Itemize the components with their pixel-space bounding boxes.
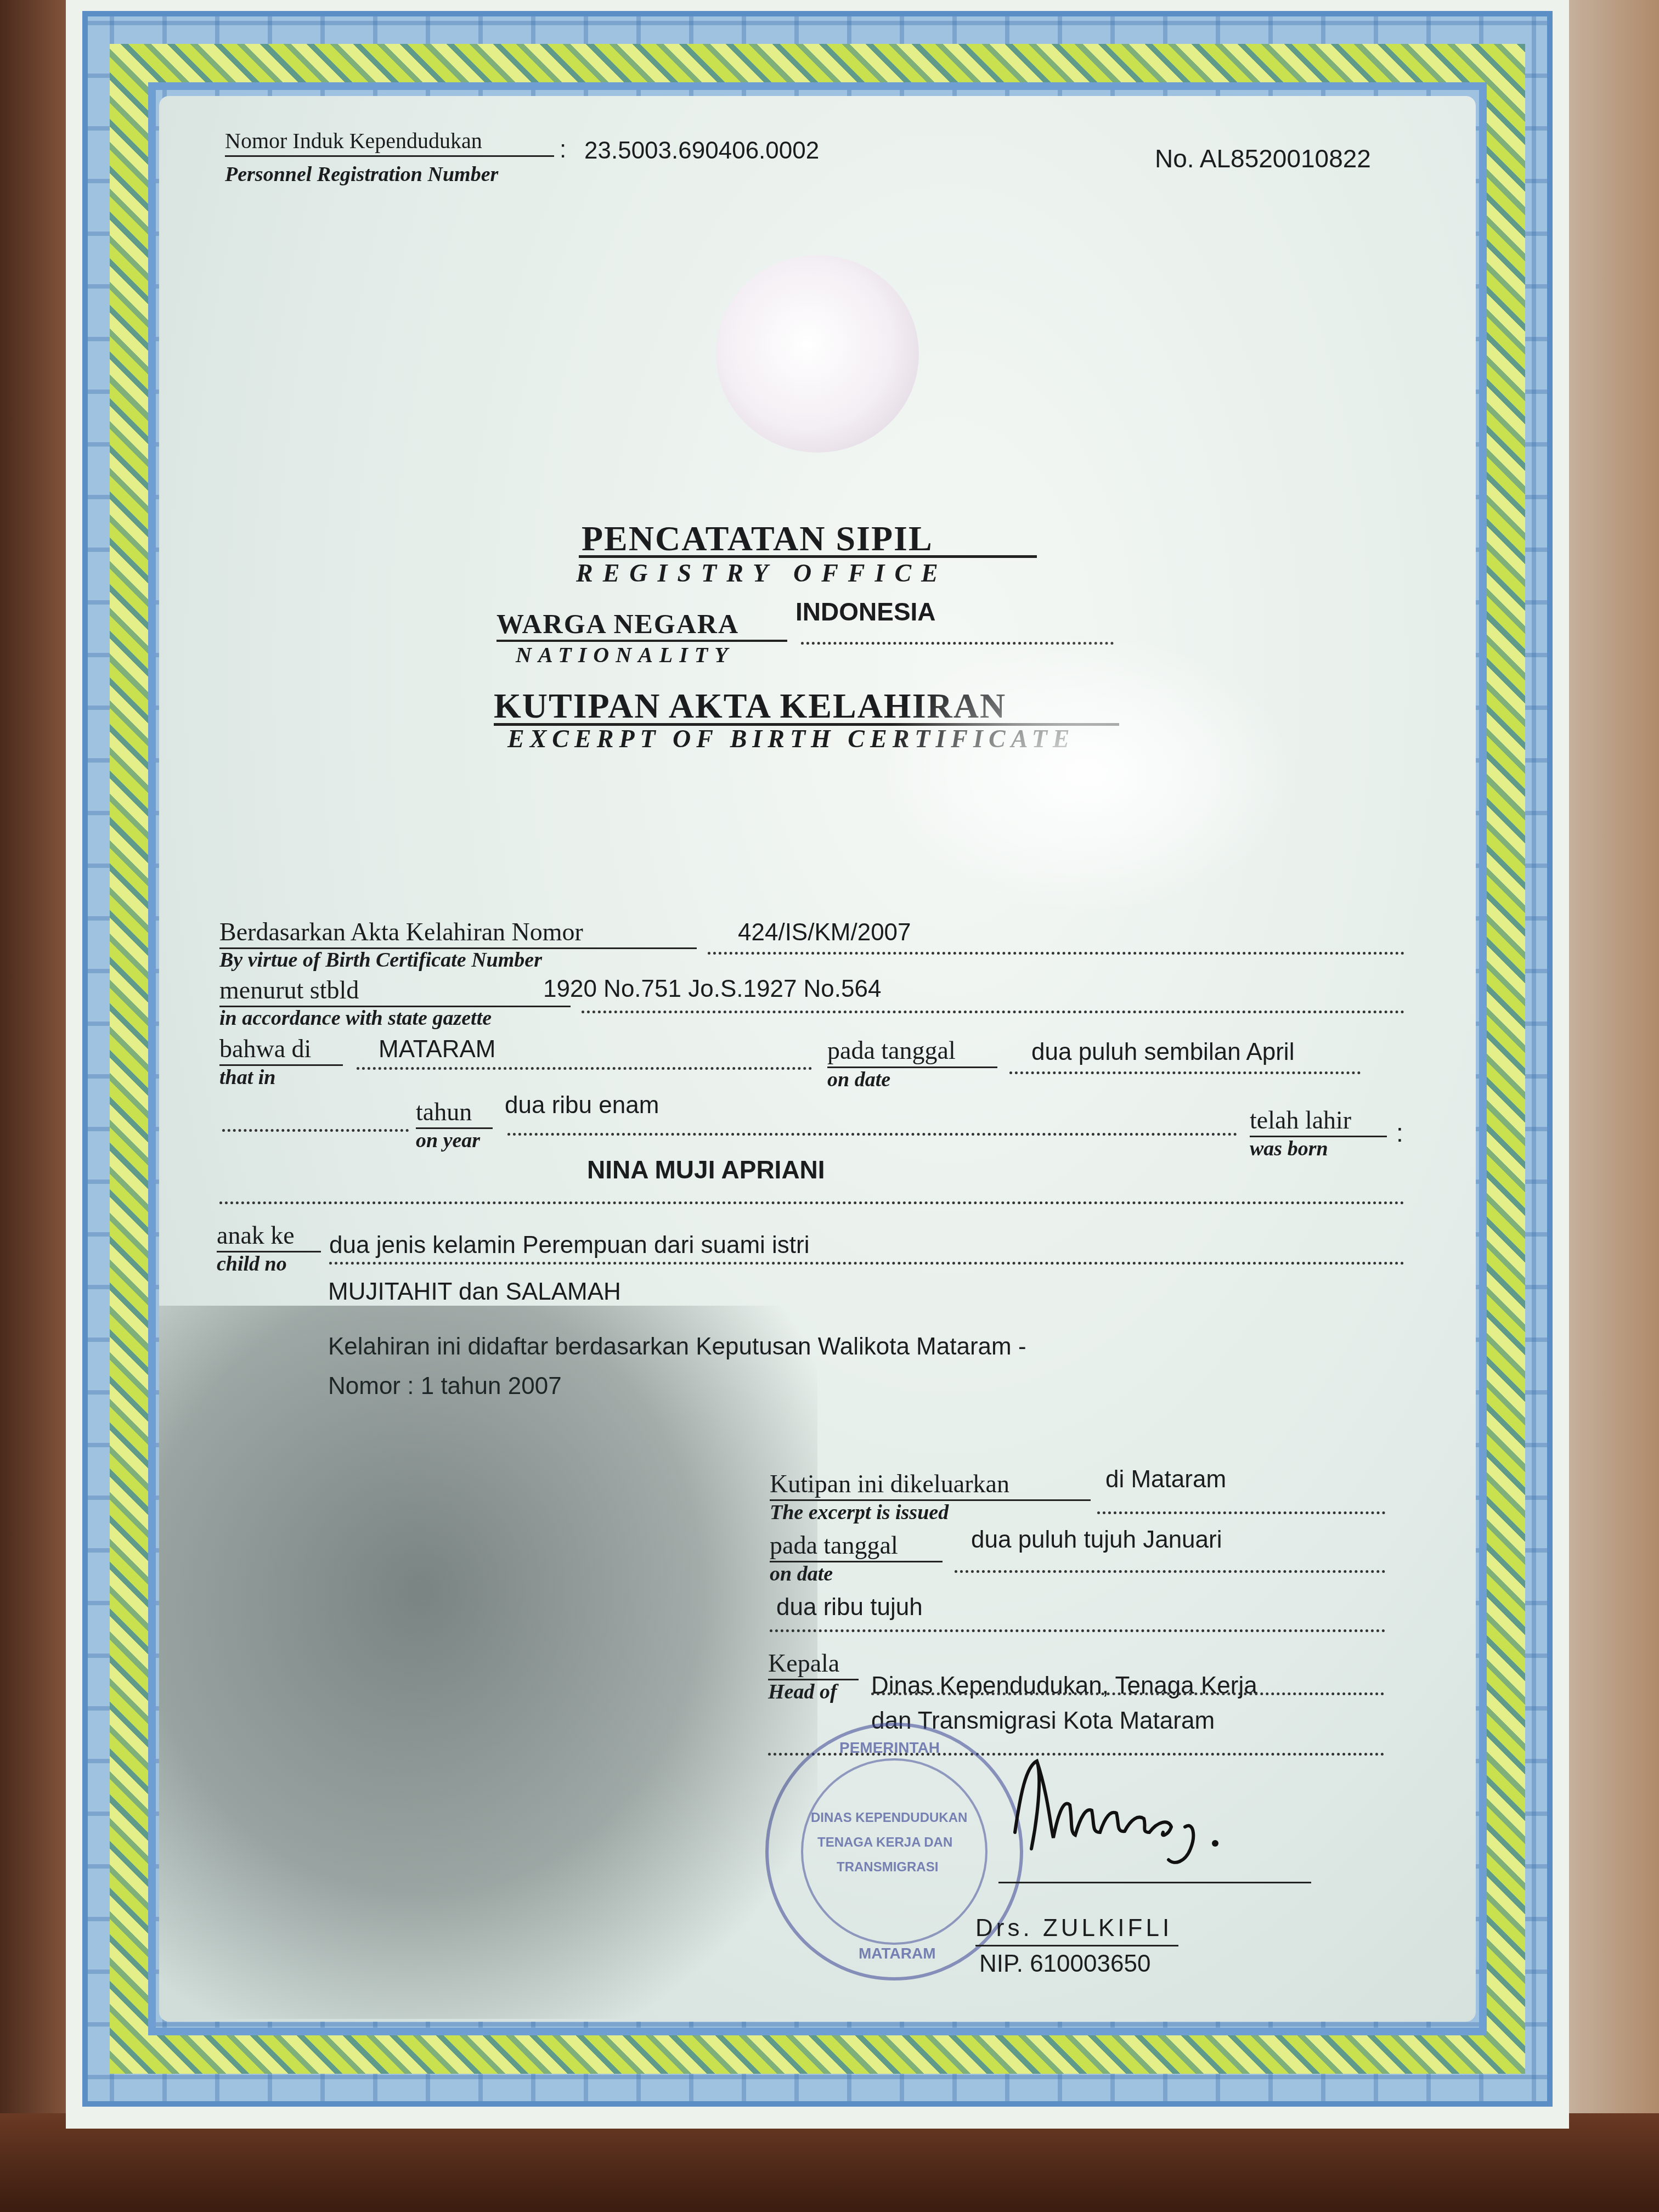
child-number-dotted-line — [329, 1262, 1404, 1265]
child-name-value: NINA MUJI APRIANI — [587, 1155, 825, 1184]
gazette-label-rule — [219, 1006, 571, 1007]
child-number-label: anak ke — [217, 1221, 295, 1250]
child-number-value: dua jenis kelamin Perempuan dari suami i… — [329, 1232, 810, 1259]
nik-label-en: Personnel Registration Number — [225, 162, 498, 187]
certificate-number: No. AL8520010822 — [1155, 144, 1371, 173]
gazette-label-en: in accordance with state gazette — [219, 1006, 492, 1030]
stamp-inner-line2: TENAGA KERJA DAN — [817, 1835, 952, 1850]
nationality-label-en: NATIONALITY — [516, 642, 735, 668]
year-dotted-line — [507, 1133, 1237, 1136]
official-name-rule — [975, 1945, 1178, 1946]
issued-label: Kutipan ini dikeluarkan — [770, 1469, 1009, 1498]
date-dotted-line — [1009, 1071, 1361, 1074]
signature-rule — [998, 1882, 1311, 1883]
stamp-inner-line3: TRANSMIGRASI — [837, 1860, 938, 1875]
year-label-en: on year — [416, 1128, 480, 1153]
nik-label: Nomor Induk Kependudukan — [225, 128, 482, 154]
stamp-inner-line1: DINAS KEPENDUDUKAN — [811, 1810, 967, 1826]
head-value-line1: Dinas Kependudukan, Tenaga Kerja — [871, 1672, 1257, 1700]
head-label-en: Head of — [768, 1680, 837, 1704]
head-dotted-line1 — [871, 1692, 1384, 1695]
official-nip: NIP. 610003650 — [979, 1950, 1150, 1978]
born-colon: : — [1396, 1118, 1403, 1148]
issued-year-value: dua ribu tujuh — [776, 1594, 923, 1621]
place-label-en: that in — [219, 1065, 275, 1090]
year-leading-dotted-line — [222, 1129, 409, 1132]
head-label: Kepala — [768, 1649, 839, 1678]
stamp-outer-bottom: MATARAM — [859, 1945, 935, 1962]
official-name: Drs. ZULKIFLI — [975, 1915, 1172, 1942]
date-value: dua puluh sembilan April — [1031, 1039, 1294, 1066]
gazette-value: 1920 No.751 Jo.S.1927 No.564 — [543, 975, 881, 1003]
certificate-title-en: EXCERPT OF BIRTH CERTIFICATE — [507, 724, 1075, 753]
office-title-en: REGISTRY OFFICE — [576, 558, 948, 588]
nationality-value: INDONESIA — [795, 597, 936, 627]
born-label: telah lahir — [1250, 1105, 1351, 1135]
parents-value: MUJITAHIT dan SALAMAH — [328, 1278, 621, 1306]
issued-date-value: dua puluh tujuh Januari — [971, 1526, 1222, 1554]
child-number-label-en: child no — [217, 1252, 287, 1276]
place-label: bahwa di — [219, 1034, 311, 1063]
office-title: PENCATATAN SIPIL — [582, 518, 933, 559]
issued-date-label-en: on date — [770, 1562, 833, 1586]
registration-note-line1: Kelahiran ini didaftar berdasarkan Keput… — [328, 1333, 1026, 1361]
year-value: dua ribu enam — [505, 1092, 659, 1119]
nationality-label: WARGA NEGARA — [496, 608, 739, 640]
issued-place-value: di Mataram — [1105, 1466, 1226, 1493]
issued-date-dotted-line — [955, 1570, 1385, 1573]
official-stamp-inner-ring — [801, 1758, 988, 1945]
born-label-en: was born — [1250, 1137, 1328, 1161]
nik-label-rule — [225, 155, 554, 157]
issued-place-dotted-line — [1097, 1511, 1385, 1514]
background-surface-left — [0, 0, 77, 2212]
stamp-outer-top: PEMERINTAH — [839, 1739, 940, 1757]
act-number-dotted-line — [708, 952, 1404, 955]
act-number-value: 424/IS/KM/2007 — [738, 919, 911, 946]
year-label: tahun — [416, 1097, 472, 1126]
gazette-label: menurut stbld — [219, 975, 359, 1005]
nik-colon: : — [560, 136, 566, 163]
signature-mark — [1004, 1745, 1245, 1876]
issued-label-en: The excerpt is issued — [770, 1500, 949, 1525]
redacted-photo-seal — [716, 255, 919, 453]
issued-year-dotted-line — [770, 1629, 1385, 1632]
certificate-title: KUTIPAN AKTA KELAHIRAN — [494, 686, 1006, 726]
date-label: pada tanggal — [827, 1036, 956, 1065]
name-dotted-line — [219, 1201, 1404, 1204]
office-title-rule — [579, 555, 1037, 558]
nationality-dotted-line — [801, 642, 1114, 645]
act-number-label: Berdasarkan Akta Kelahiran Nomor — [219, 917, 583, 946]
nik-value: 23.5003.690406.0002 — [584, 137, 819, 165]
place-dotted-line — [357, 1067, 812, 1070]
gazette-dotted-line — [582, 1011, 1404, 1013]
registration-note-line2: Nomor : 1 tahun 2007 — [328, 1373, 562, 1400]
place-value: MATARAM — [379, 1036, 495, 1063]
act-number-label-en: By virtue of Birth Certificate Number — [219, 948, 542, 972]
issued-date-label: pada tanggal — [770, 1531, 898, 1560]
date-label-en: on date — [827, 1068, 890, 1092]
